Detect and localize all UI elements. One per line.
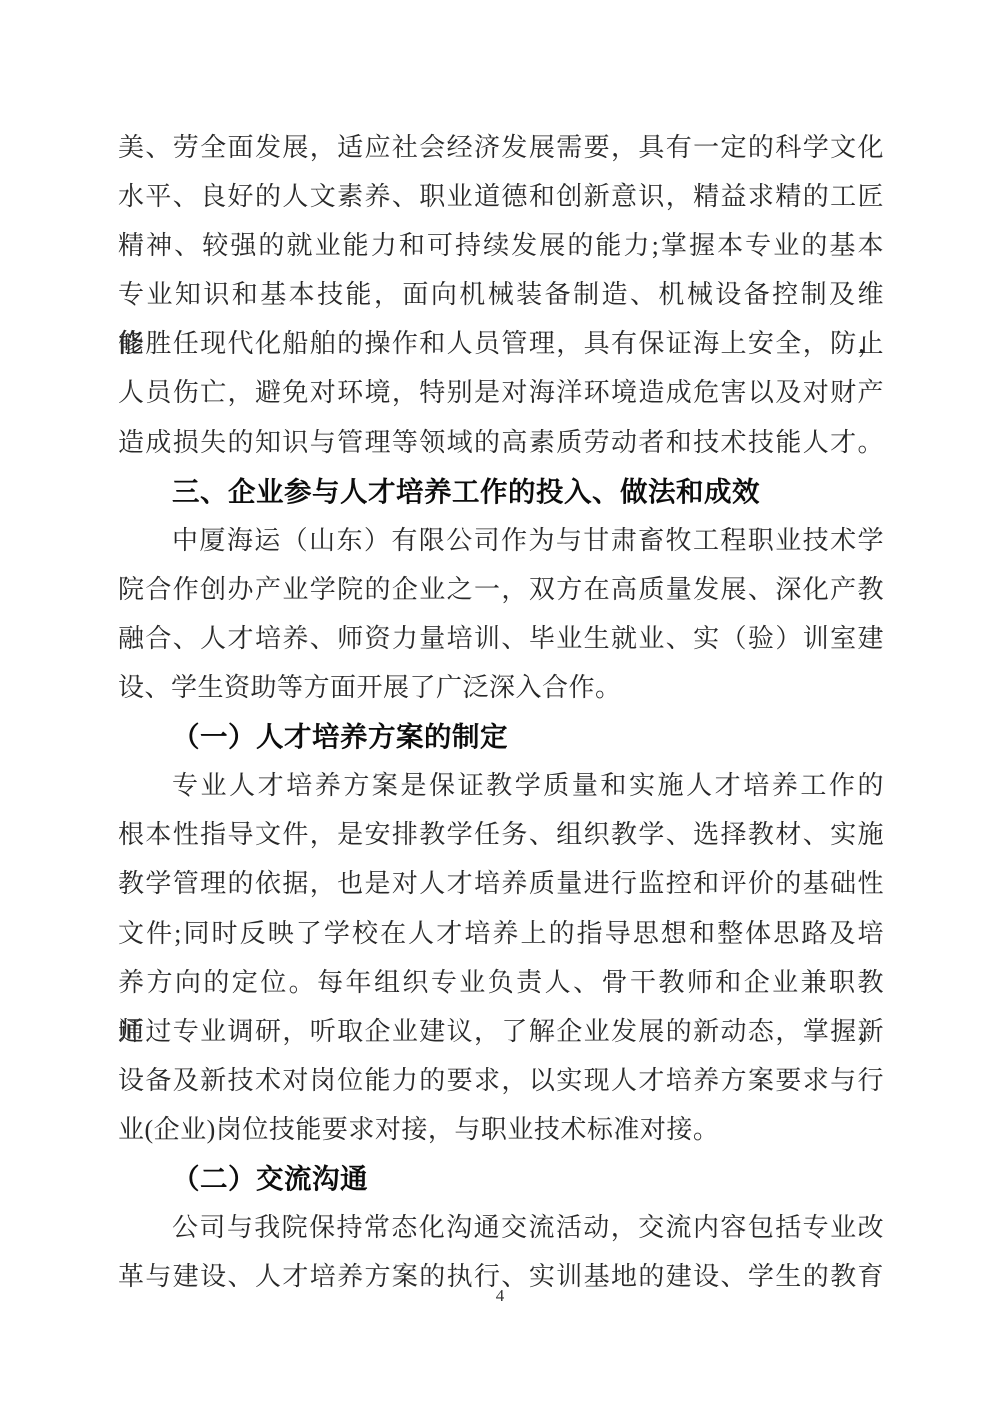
text-line: 专业人才培养方案是保证教学质量和实施人才培养工作的 [118, 761, 884, 810]
text-line: 业(企业)岗位技能要求对接，与职业技术标准对接。 [118, 1105, 884, 1154]
text-line: 中厦海运（山东）有限公司作为与甘肃畜牧工程职业技术学 [118, 516, 884, 565]
text-line: 美、劳全面发展，适应社会经济发展需要，具有一定的科学文化 [118, 123, 884, 172]
text-line: 人员伤亡，避免对环境，特别是对海洋环境造成危害以及对财产 [118, 368, 884, 417]
section-heading: 三、企业参与人才培养工作的投入、做法和成效 [118, 467, 884, 516]
document-page: 美、劳全面发展，适应社会经济发展需要，具有一定的科学文化 水平、良好的人文素养、… [0, 0, 1000, 1414]
document-body: 美、劳全面发展，适应社会经济发展需要，具有一定的科学文化 水平、良好的人文素养、… [118, 123, 884, 1301]
text-line: 造成损失的知识与管理等领域的高素质劳动者和技术技能人才。 [118, 418, 884, 467]
text-line: 能胜任现代化船舶的操作和人员管理，具有保证海上安全，防止 [118, 319, 884, 368]
text-line: 公司与我院保持常态化沟通交流活动，交流内容包括专业改 [118, 1203, 884, 1252]
text-line: 专业知识和基本技能，面向机械装备制造、机械设备控制及维修， [118, 270, 884, 319]
page-footer: 4 [0, 1286, 1000, 1306]
text-line: 融合、人才培养、师资力量培训、毕业生就业、实（验）训室建 [118, 614, 884, 663]
text-line: 水平、良好的人文素养、职业道德和创新意识，精益求精的工匠 [118, 172, 884, 221]
text-line: 根本性指导文件，是安排教学任务、组织教学、选择教材、实施 [118, 810, 884, 859]
subsection-2-heading: （二）交流沟通 [118, 1154, 884, 1203]
page-number: 4 [496, 1286, 505, 1305]
text-line: 院合作创办产业学院的企业之一，双方在高质量发展、深化产教 [118, 565, 884, 614]
subsection-1-heading: （一）人才培养方案的制定 [118, 712, 884, 761]
text-line: 通过专业调研，听取企业建议，了解企业发展的新动态，掌握新 [118, 1007, 884, 1056]
text-line: 养方向的定位。每年组织专业负责人、骨干教师和企业兼职教师， [118, 958, 884, 1007]
text-line: 精神、较强的就业能力和可持续发展的能力;掌握本专业的基本 [118, 221, 884, 270]
text-line: 设备及新技术对岗位能力的要求，以实现人才培养方案要求与行 [118, 1056, 884, 1105]
text-line: 设、学生资助等方面开展了广泛深入合作。 [118, 663, 884, 712]
text-line: 文件;同时反映了学校在人才培养上的指导思想和整体思路及培 [118, 909, 884, 958]
text-line: 教学管理的依据，也是对人才培养质量进行监控和评价的基础性 [118, 859, 884, 908]
